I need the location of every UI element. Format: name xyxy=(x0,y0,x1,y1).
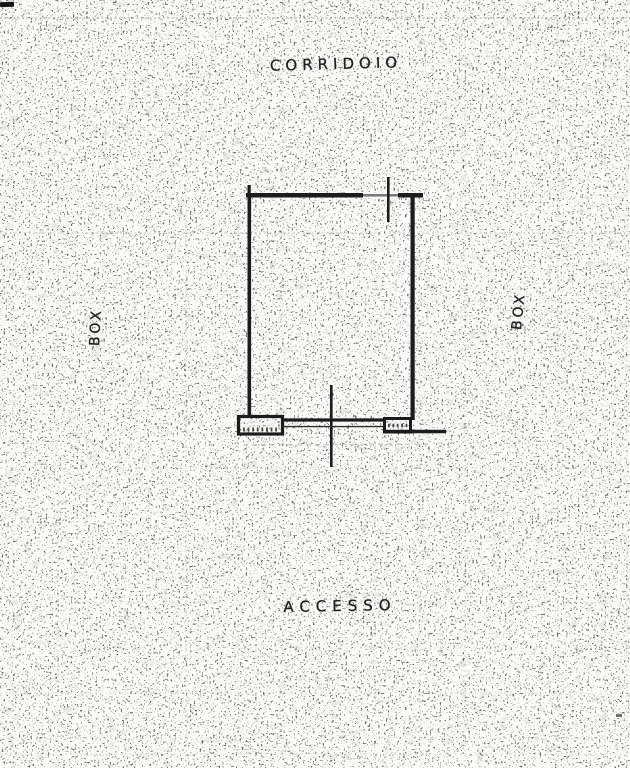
scanned-floor-plan-page: CORRIDOIO BOX BOX ACCESSO xyxy=(0,0,630,768)
left-wall xyxy=(248,193,252,417)
floor-plan-canvas xyxy=(0,0,630,768)
measure-tick-top xyxy=(387,177,390,222)
label-corridoio: CORRIDOIO xyxy=(270,53,403,74)
label-box-left: BOX xyxy=(87,308,105,347)
top-wall-opening xyxy=(363,194,401,197)
label-accesso: ACCESSO xyxy=(283,596,397,616)
scan-noise-speckle xyxy=(0,0,630,768)
right-wall xyxy=(411,196,415,420)
